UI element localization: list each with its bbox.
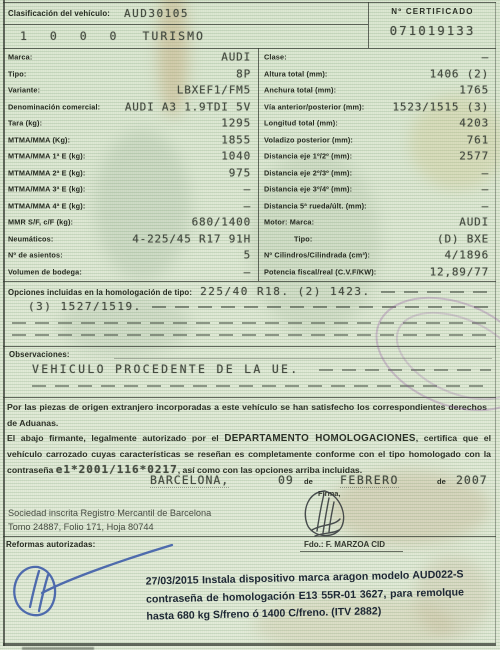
spec-row: Anchura total (mm): 1765: [260, 82, 495, 99]
spec-row: MTMA/MMA 4ª E (kg): —: [4, 198, 257, 215]
spec-row: Tara (kg): 1295: [4, 115, 257, 132]
spec-row: Vía anterior/posterior (mm): 1523/1515 (…: [260, 99, 495, 116]
spec-label: Distancia eje 3º/4º (mm):: [264, 185, 352, 194]
spec-label: Tara (kg):: [8, 119, 42, 128]
spec-row: Voladizo posterior (mm): 761: [260, 132, 495, 149]
spec-value: —: [482, 199, 489, 212]
spec-row: MMR S/F, c/F (kg): 680/1400: [4, 214, 257, 231]
spec-value: 8P: [236, 67, 251, 80]
spec-label: Denominación comercial:: [8, 102, 100, 111]
spec-label: Anchura total (mm):: [264, 86, 336, 95]
spec-label: Distancia 5ª rueda/últ. (mm):: [264, 201, 367, 210]
spec-value: —: [244, 199, 251, 212]
spec-label: Volumen de bodega:: [8, 267, 82, 276]
spec-value: AUDI: [459, 216, 489, 229]
date-year: 2007: [456, 473, 488, 487]
spec-value: 761: [467, 133, 489, 146]
classification-category: TURISMO: [142, 29, 204, 43]
vehicle-certificate-document: Clasificación del vehículo: AUD30105 1 0…: [0, 0, 500, 650]
spec-label: Marca:: [8, 53, 32, 62]
registry-line-1: Sociedad inscrita Registro Mercantil de …: [8, 506, 211, 520]
spec-label: Distancia eje 2º/3º (mm):: [264, 168, 352, 177]
border-line: [3, 397, 496, 398]
spec-label: MTMA/MMA (Kg):: [8, 135, 70, 144]
spec-value: —: [244, 265, 251, 278]
spec-value: 680/1400: [192, 216, 251, 229]
spec-label: Variante:: [8, 86, 40, 95]
classification-value: AUD30105: [124, 7, 189, 20]
spec-row: Clase: —: [260, 49, 495, 66]
spec-value: 1855: [221, 133, 251, 146]
spec-value: (D) BXE: [437, 232, 489, 245]
options-value-2: (3) 1527/1519.: [28, 300, 142, 313]
spec-label: MTMA/MMA 4ª E (kg):: [8, 201, 85, 210]
observations-label: Observaciones:: [9, 350, 70, 359]
reforms-note: 27/03/2015 Instala dispositivo marca ara…: [145, 566, 464, 626]
spec-value: 12,89/77: [430, 265, 489, 278]
spec-row: Distancia eje 3º/4º (mm): —: [260, 181, 495, 198]
border-line: [3, 536, 496, 537]
filler-dashes: [381, 291, 488, 293]
spec-value: 4/1896: [444, 249, 489, 262]
spec-label: Potencia fiscal/real (C.V.F/KW):: [264, 267, 376, 276]
date-de: de: [304, 477, 313, 486]
spec-value: —: [244, 183, 251, 196]
spec-value: —: [482, 183, 489, 196]
spec-label: Vía anterior/posterior (mm):: [264, 102, 364, 111]
spec-value: 1406 (2): [430, 67, 489, 80]
spec-label: Distancia eje 1º/2º (mm):: [264, 152, 352, 161]
classification-code: 1 0 0 0: [20, 29, 124, 43]
spec-row: Motor: Marca: AUDI: [260, 214, 495, 231]
observations-value: VEHICULO PROCEDENTE DE LA UE.: [32, 362, 299, 376]
spec-column-right: Clase: — Altura total (mm): 1406 (2) Anc…: [260, 49, 495, 280]
spec-row: Volumen de bodega: —: [4, 264, 257, 281]
spec-value: 2577: [459, 150, 489, 163]
spec-label: Longitud total (mm):: [264, 119, 338, 128]
spec-row: Altura total (mm): 1406 (2): [260, 66, 495, 83]
date-day: 09: [278, 473, 294, 487]
border-line: [258, 48, 259, 281]
classification-row: Clasificación del vehículo: AUD30105: [4, 3, 366, 23]
reform-signature-scribble: [2, 541, 180, 631]
spec-row: MTMA/MMA 1ª E (kg): 1040: [4, 148, 257, 165]
options-value-1: 225/40 R18. (2) 1423.: [200, 285, 371, 298]
spec-label: Tipo:: [294, 234, 312, 243]
spec-value: 975: [229, 166, 251, 179]
certificate-box: Nº CERTIFICADO 071019133: [369, 2, 496, 48]
spec-value: —: [482, 51, 489, 64]
spec-row: Marca: AUDI: [4, 49, 257, 66]
certificate-label: Nº CERTIFICADO: [369, 7, 496, 16]
spec-label: Clase:: [264, 53, 287, 62]
spec-label: MTMA/MMA 3ª E (kg):: [8, 185, 85, 194]
spec-label: Nº Cilindros/Cilindrada (cm³):: [264, 251, 370, 260]
spec-value: AUDI A3 1.9TDI 5V: [125, 100, 251, 113]
spec-value: AUDI: [221, 51, 251, 64]
spec-label: Neumáticos:: [8, 234, 53, 243]
spec-value: 4203: [459, 117, 489, 130]
spec-label: Voladizo posterior (mm):: [264, 135, 353, 144]
certificate-number: 071019133: [369, 23, 496, 38]
spec-row: Distancia eje 2º/3º (mm): —: [260, 165, 495, 182]
spec-column-left: Marca: AUDI Tipo: 8P Variante: LBXEF1/FM…: [4, 49, 257, 280]
spec-row: Variante: LBXEF1/FM5: [4, 82, 257, 99]
spec-label: MMR S/F, c/F (kg):: [8, 218, 73, 227]
spec-value: 5: [244, 249, 251, 262]
customs-paragraph: Por las piezas de origen extranjero inco…: [7, 400, 487, 431]
spec-row: Tipo: 8P: [4, 66, 257, 83]
spec-row: MTMA/MMA 3ª E (kg): —: [4, 181, 257, 198]
spec-row: Longitud total (mm): 4203: [260, 115, 495, 132]
registry-line-2: Tomo 24887, Folio 171, Hoja 80744: [8, 520, 211, 534]
certification-text: El abajo firmante, legalmente autorizado…: [7, 433, 224, 443]
spec-label: MTMA/MMA 1ª E (kg):: [8, 152, 85, 161]
spec-label: Tipo:: [8, 69, 26, 78]
spec-label: Nº de asientos:: [8, 251, 63, 260]
spec-value: 4-225/45 R17 91H: [132, 232, 251, 245]
certification-paragraph: El abajo firmante, legalmente autorizado…: [7, 431, 491, 479]
date-de: de: [437, 477, 446, 486]
spec-value: —: [482, 166, 489, 179]
border-line: [3, 643, 496, 646]
spec-value: LBXEF1/FM5: [177, 84, 251, 97]
spec-row: MTMA/MMA (Kg): 1855: [4, 132, 257, 149]
spec-label: Motor: Marca:: [264, 218, 314, 227]
spec-row: Tipo: (D) BXE: [260, 231, 495, 248]
spec-row: Nº Cilindros/Cilindrada (cm³): 4/1896: [260, 247, 495, 264]
signature-scribble: [292, 486, 356, 544]
spec-label: Altura total (mm):: [264, 69, 328, 78]
classification-code-row: 1 0 0 0 TURISMO: [4, 25, 366, 47]
spec-row: Distancia 5ª rueda/últ. (mm): —: [260, 198, 495, 215]
spec-row: Neumáticos: 4-225/45 R17 91H: [4, 231, 257, 248]
spec-row: Nº de asientos: 5: [4, 247, 257, 264]
spec-row: Potencia fiscal/real (C.V.F/KW): 12,89/7…: [260, 264, 495, 281]
spec-row: MTMA/MMA 2ª E (kg): 975: [4, 165, 257, 182]
spec-label: MTMA/MMA 2ª E (kg):: [8, 168, 85, 177]
spec-row: Distancia eje 1º/2º (mm): 2577: [260, 148, 495, 165]
spec-value: 1295: [221, 117, 251, 130]
date-city: BARCELONA,: [150, 473, 229, 488]
spec-value: 1040: [221, 150, 251, 163]
date-line: BARCELONA, 09 de FEBRERO de 2007: [0, 473, 500, 489]
spec-value: 1523/1515 (3): [393, 100, 490, 113]
spec-row: Denominación comercial: AUDI A3 1.9TDI 5…: [4, 99, 257, 116]
department-name: DEPARTAMENTO HOMOLOGACIONES: [224, 433, 415, 444]
classification-label: Clasificación del vehículo:: [8, 9, 110, 18]
registry-note: Sociedad inscrita Registro Mercantil de …: [8, 506, 211, 534]
options-label: Opciones incluidas en la homologación de…: [8, 288, 192, 297]
spec-value: 1765: [459, 84, 489, 97]
